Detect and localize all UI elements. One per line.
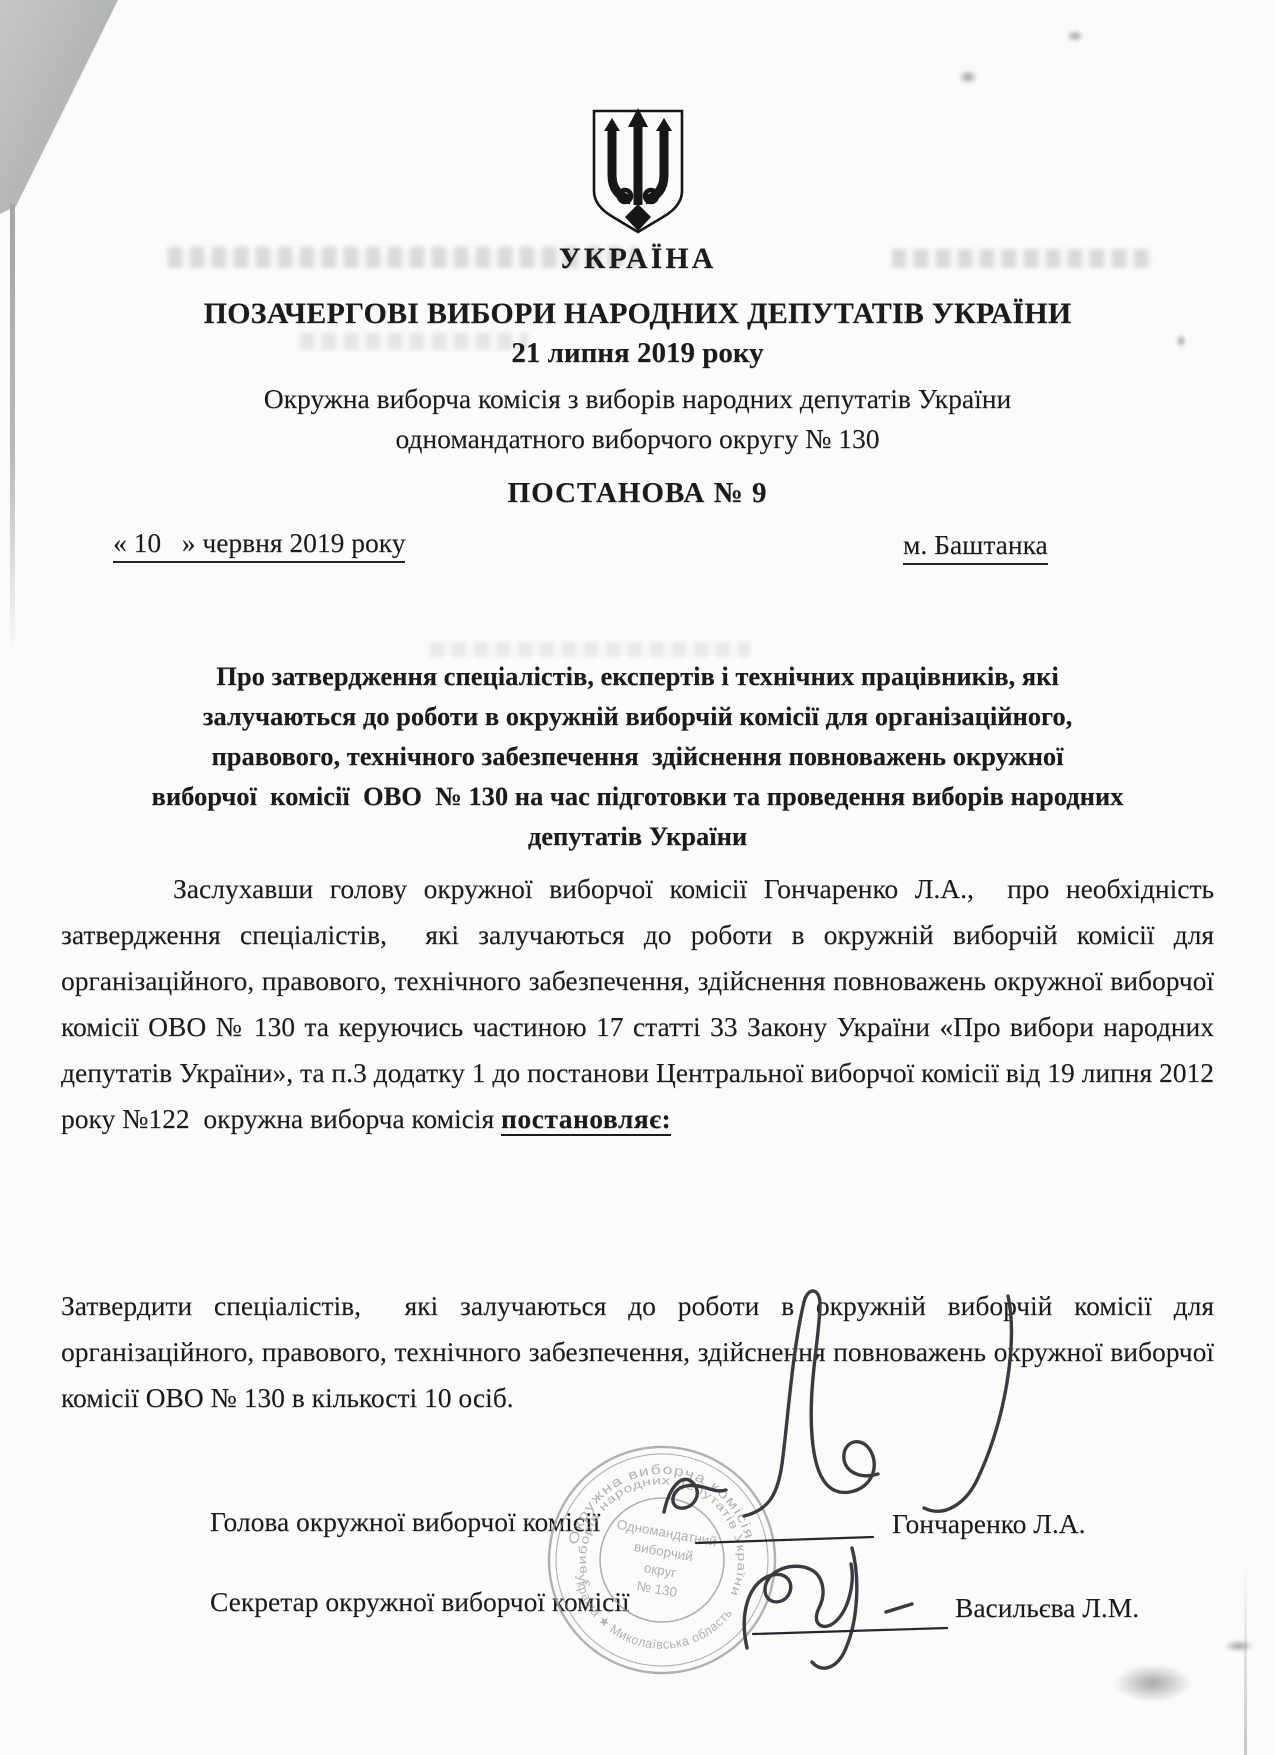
stamp-center-line: № 130 — [636, 1578, 679, 1600]
stamp-center-line: округ — [643, 1560, 678, 1580]
secretary-signature — [744, 1548, 947, 1668]
commission-name-line1: Окружна виборча комісія з виборів народн… — [0, 383, 1275, 415]
resolution-title: ПОСТАНОВА № 9 — [0, 477, 1275, 510]
scan-speck — [1066, 30, 1084, 42]
commission-name-line2: одномандатного виборчого округу № 130 — [0, 423, 1275, 455]
scanned-document-page: { "page": { "background": "#fbfbf9", "in… — [0, 0, 1275, 1755]
secretary-name: Васильєва Л.М. — [955, 1592, 1139, 1624]
stamp-center-line: виборчий — [633, 1539, 694, 1564]
scan-speck — [958, 70, 978, 84]
chairman-label: Голова окружної виборчої комісії — [210, 1506, 600, 1538]
subject-line: залучаються до роботи в окружній виборчі… — [0, 696, 1275, 736]
secretary-label: Секретар окружної виборчої комісії — [210, 1586, 630, 1618]
paragraph-1-resolves-word: постановляє: — [501, 1103, 671, 1136]
coat-of-arms-of-ukraine-icon — [594, 108, 682, 232]
subject-line: Про затвердження спеціалістів, експертів… — [0, 656, 1275, 696]
election-title: ПОЗАЧЕРГОВІ ВИБОРИ НАРОДНИХ ДЕПУТАТІВ УК… — [0, 297, 1275, 331]
stamp-center-line: Одномандатний — [616, 1517, 718, 1549]
country-title: УКРАЇНА — [0, 242, 1275, 276]
resolution-place: м. Баштанка — [903, 529, 1048, 565]
round-commission-stamp: Окружна виборча комісія з виборів народн… — [531, 1429, 793, 1691]
scan-smudge — [1224, 1640, 1254, 1652]
scan-right-edge-shadow — [1244, 1560, 1247, 1755]
subject-line: виборчої комісії ОВО № 130 на час підгот… — [0, 776, 1275, 816]
body-paragraph-2: Затвердити спеціалістів, які залучаються… — [61, 1283, 1214, 1421]
subject-line: правового, технічного забезпечення здійс… — [0, 736, 1275, 776]
scan-smudge — [1114, 1664, 1192, 1702]
resolution-subject: Про затвердження спеціалістів, експертів… — [0, 656, 1275, 856]
election-date: 21 липня 2019 року — [0, 337, 1275, 370]
chairman-name: Гончаренко Л.А. — [892, 1508, 1086, 1540]
body-paragraph-1: Заслухавши голову окружної виборчої комі… — [61, 866, 1214, 1142]
resolution-date: « 10 » червня 2019 року — [113, 527, 405, 563]
paragraph-1-text: Заслухавши голову окружної виборчої комі… — [61, 873, 1221, 1134]
bleed-through-text-ghost — [430, 642, 750, 657]
subject-line: депутатів України — [0, 816, 1275, 856]
scan-corner-fold — [0, 0, 130, 220]
